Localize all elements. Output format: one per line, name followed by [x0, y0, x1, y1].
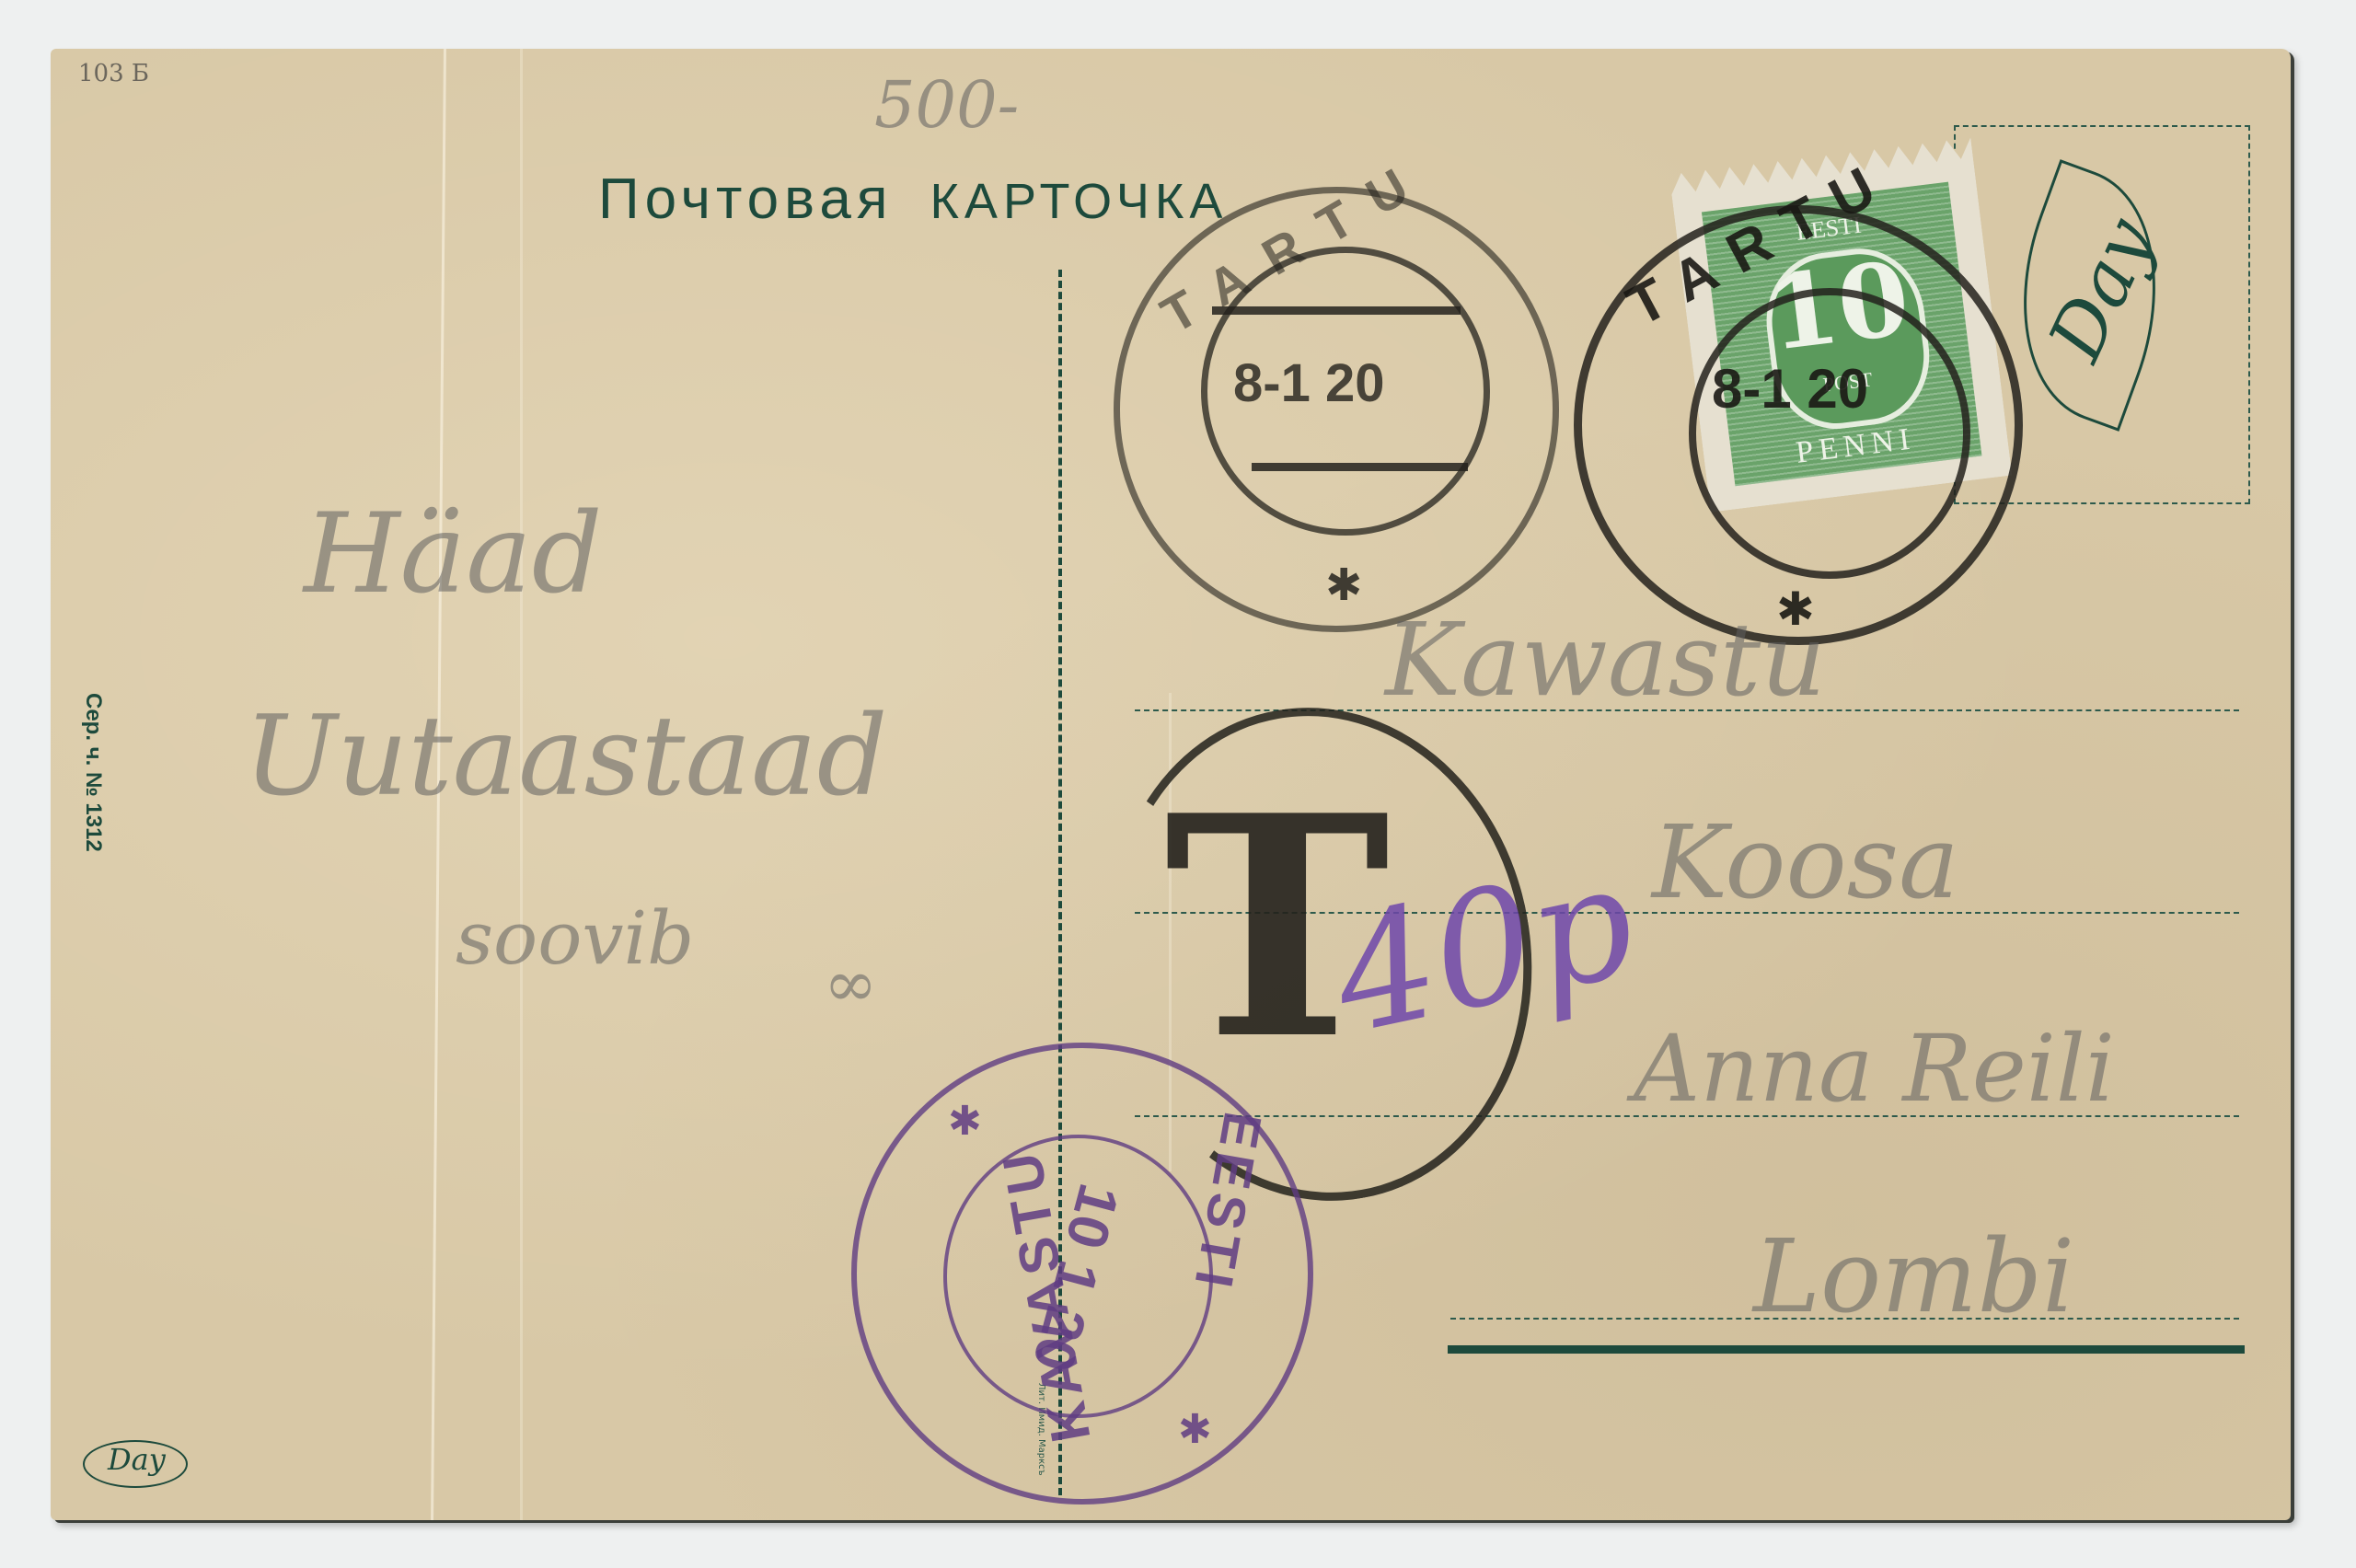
price-mark: 500-	[874, 67, 1019, 143]
address-line-2: Koosa	[1652, 803, 1959, 921]
postmark-date: 8-1 20	[1233, 352, 1384, 414]
title-word-2: карточка	[930, 174, 1228, 229]
star-icon: ✱	[1178, 1406, 1212, 1453]
star-icon: ✱	[1325, 559, 1362, 611]
postmark-tartu-inner	[1689, 288, 1970, 579]
address-line-rule	[1450, 1318, 2239, 1320]
address-thick-rule	[1448, 1345, 2245, 1354]
page-title: Почтоваякарточка	[598, 167, 1228, 232]
address-line-1: Kawastu	[1385, 601, 1826, 719]
message-line-3: soovib	[456, 895, 694, 981]
postmark-bar	[1212, 306, 1461, 315]
postmark-date: 8-1 20	[1712, 357, 1868, 421]
publisher-logo-text: Day	[108, 1442, 166, 1477]
scribble-mark: ∞	[824, 946, 877, 1021]
message-line-1: Häad	[304, 490, 603, 618]
postcard-back: 103 Б 500- Почтоваякарточка Сер. ч. № 13…	[51, 49, 2291, 1520]
title-word-1: Почтовая	[598, 167, 893, 231]
series-label: Сер. ч. № 1312	[80, 693, 106, 852]
postmark-bar	[1252, 463, 1468, 471]
star-icon: ✱	[948, 1098, 982, 1145]
address-line-3: Anna Reili	[1634, 1015, 2115, 1123]
inventory-mark: 103 Б	[78, 60, 149, 87]
message-line-2: Uutaastaad	[244, 693, 887, 821]
